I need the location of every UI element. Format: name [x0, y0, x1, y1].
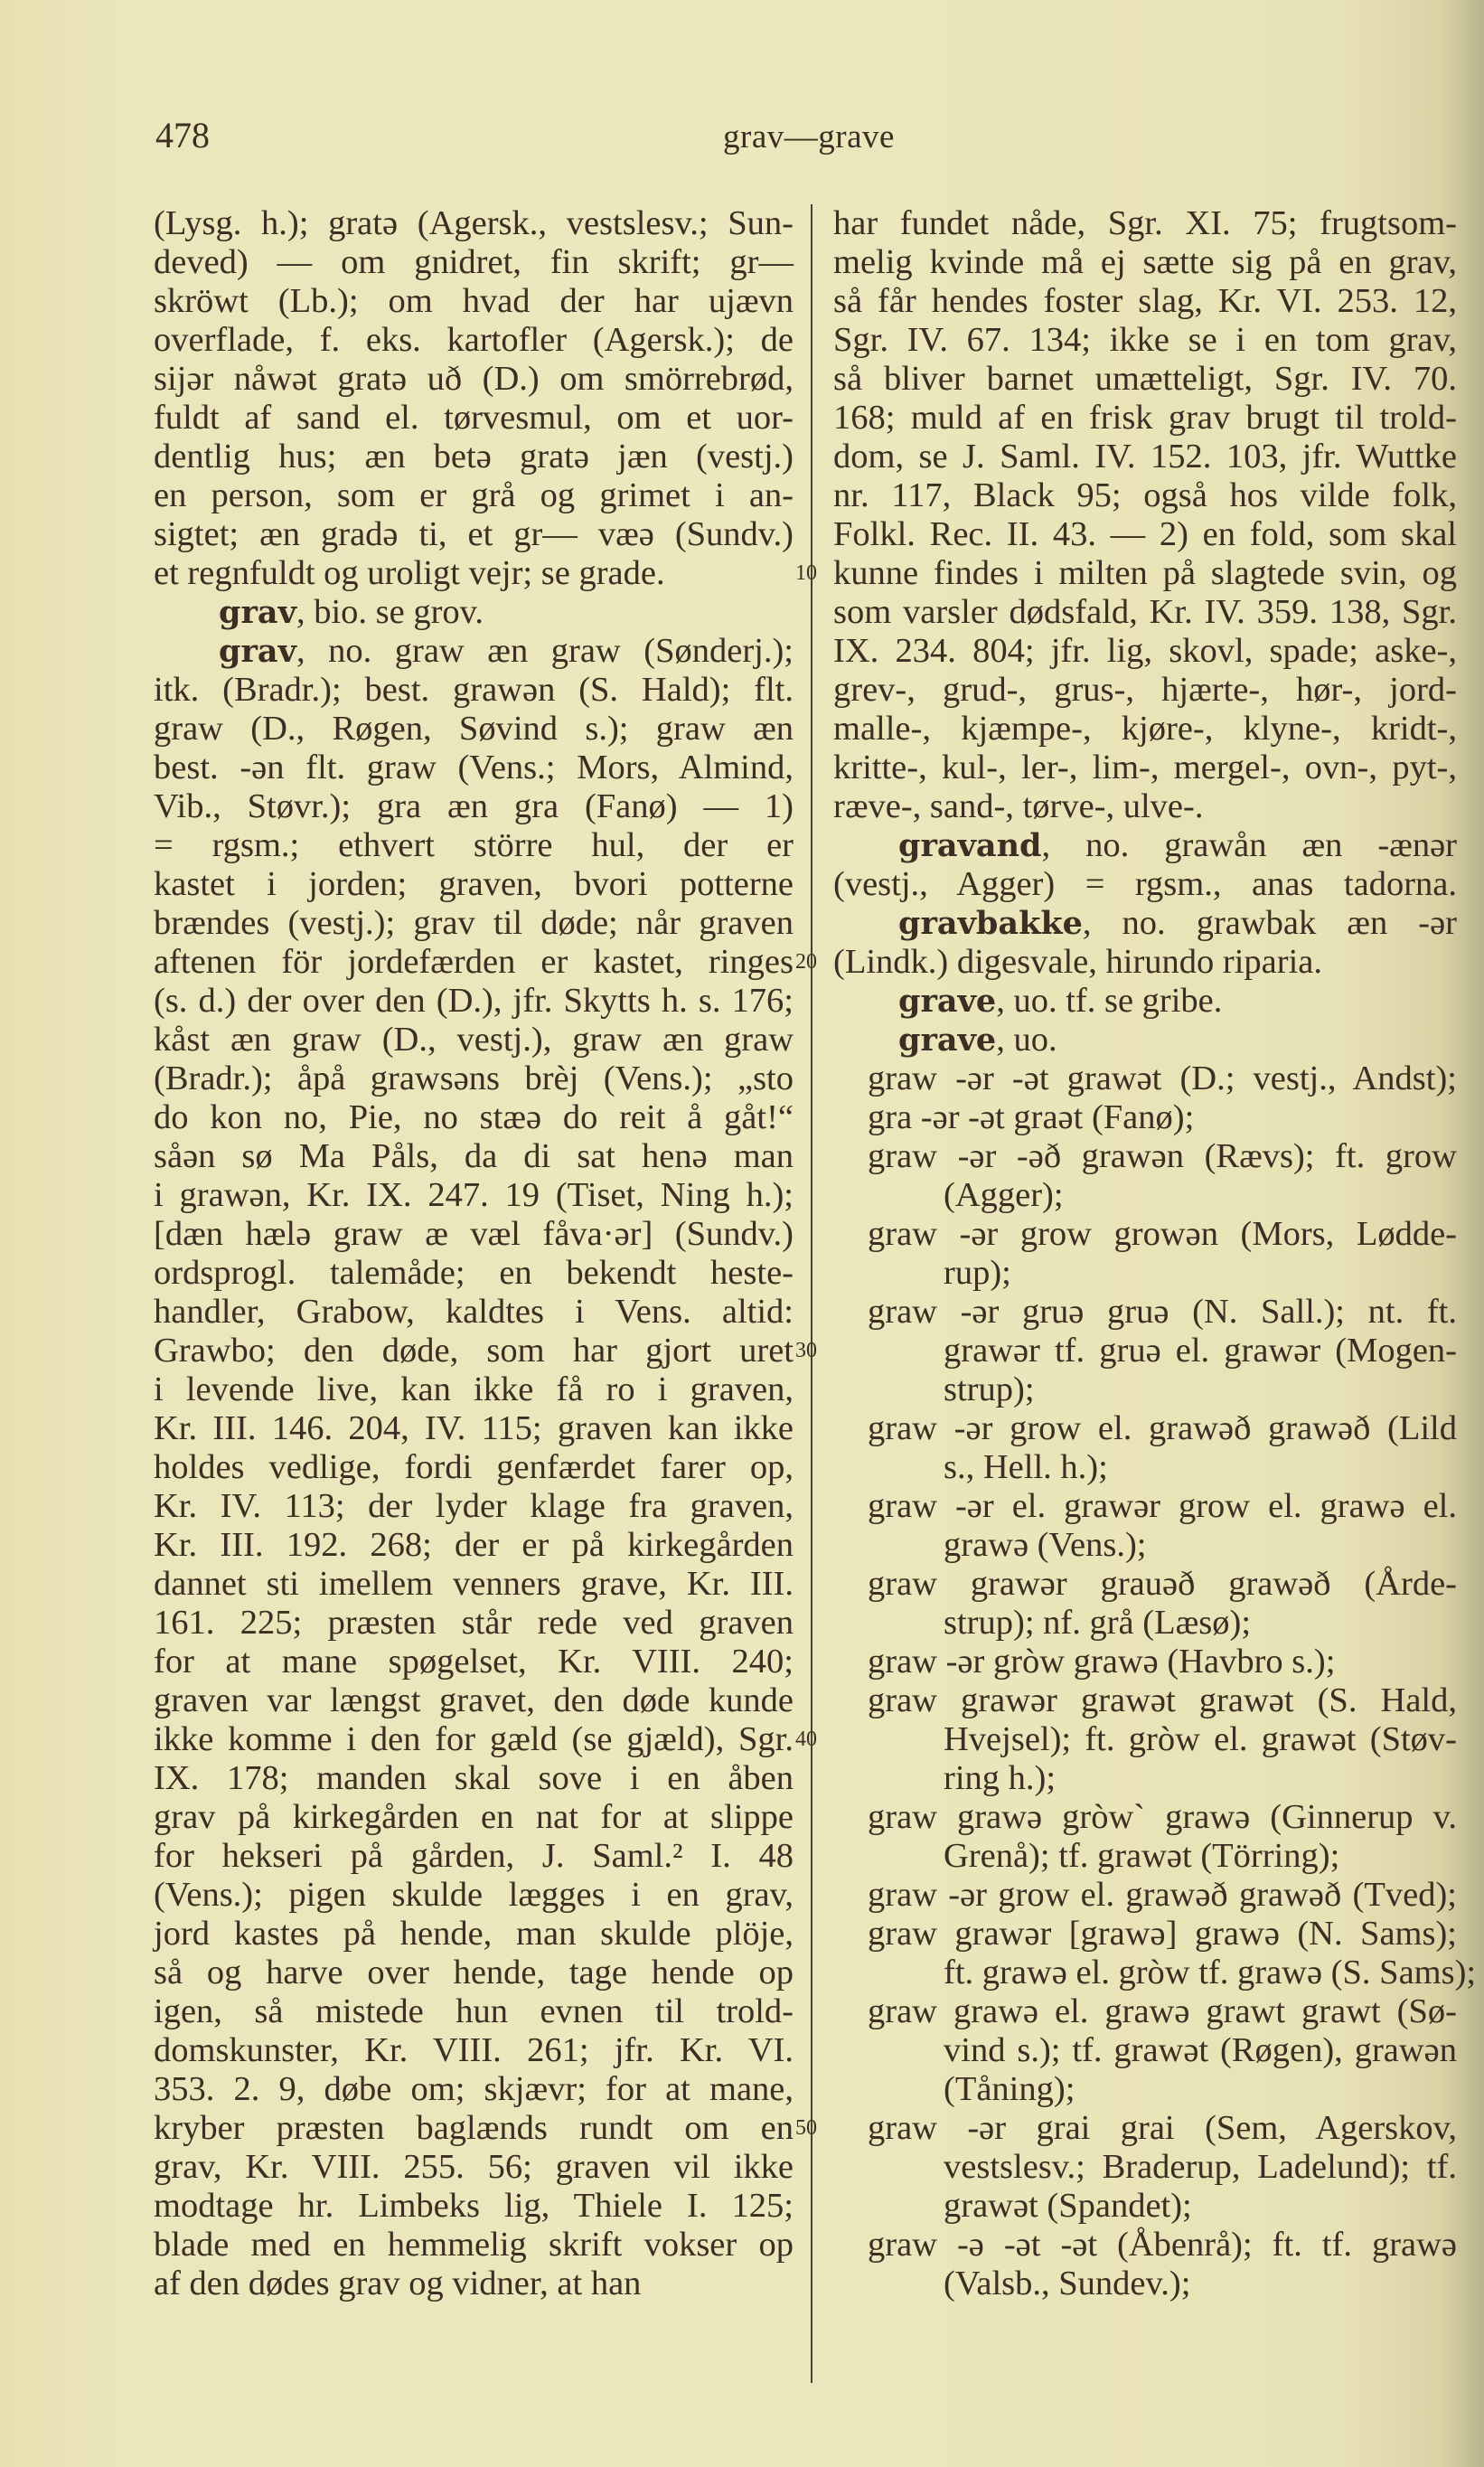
text-line: kunne findes i milten på slagtede svin, …: [833, 554, 1457, 593]
text-line: (Bradr.); åpå grawsəns brèj (Vens.); „st…: [154, 1059, 794, 1098]
line-number-20: 20: [795, 943, 828, 982]
text-line: grav på kirkegården en nat for at slippe: [154, 1798, 794, 1837]
text-line: grav, bio. se grov.: [154, 593, 794, 632]
text-line: 353. 2. 9, døbe om; skjævr; for at mane,: [154, 2070, 794, 2109]
text-line: har fundet nåde, Sgr. XI. 75; frugtsom-: [833, 204, 1457, 243]
text-line: graw -ər grow growən (Mors, Lødde-: [833, 1215, 1457, 1254]
text-line: en person, som er grå og grimet i an-: [154, 476, 794, 515]
text-line: blade med en hemmelig skrift vokser op: [154, 2226, 794, 2265]
line-number-40: 40: [795, 1720, 828, 1759]
headword: grave: [898, 1022, 996, 1059]
text-line: graw -ər grow el. grawəð grawəð (Lild: [833, 1409, 1457, 1448]
headword: grave: [898, 983, 996, 1020]
text-line: graw -ər -əð grawən (Rævs); ft. grow: [833, 1137, 1457, 1176]
text-line: itk. (Bradr.); best. grawən (S. Hald); f…: [154, 671, 794, 710]
text-line: graven var længst gravet, den døde kunde: [154, 1681, 794, 1720]
text-line: nr. 117, Black 95; også hos vilde folk,: [833, 476, 1457, 515]
text-line: melig kvinde må ej sætte sig på en grav,: [833, 243, 1457, 282]
text-line: vind s.); tf. grawət (Røgen), grawən: [833, 2031, 1457, 2070]
text-line: 161. 225; præsten står rede ved graven: [154, 1604, 794, 1643]
text-line: graw -ə -ət -ət (Åbenrå); ft. tf. grawə: [833, 2226, 1457, 2265]
text-line: graw grawər grawət grawət (S. Hald,: [833, 1681, 1457, 1720]
text-line: for at mane spøgelset, Kr. VIII. 240;: [154, 1643, 794, 1681]
text-line: brændes (vestj.); grav til døde; når gra…: [154, 904, 794, 943]
text-line: grev-, grud-, grus-, hjærte-, hør-, jord…: [833, 671, 1457, 710]
text-line: malle-, kjæmpe-, kjøre-, klyne-, kridt-,: [833, 710, 1457, 749]
text-line: grawə (Vens.);: [833, 1526, 1457, 1565]
text-line: for hekseri på gården, J. Saml.² I. 48: [154, 1837, 794, 1876]
text-line: graw -ər gruə gruə (N. Sall.); nt. ft.: [833, 1293, 1457, 1332]
text-line: graw grawər grauəð grawəð (Årde-: [833, 1565, 1457, 1604]
text-line: strup); nf. grå (Læsø);: [833, 1604, 1457, 1643]
text-line: (Vens.); pigen skulde lægges i en grav,: [154, 1876, 794, 1915]
text-line: overflade, f. eks. kartofler (Agersk.); …: [154, 321, 794, 360]
page-number: 478: [155, 116, 210, 155]
running-head: grav—grave: [723, 118, 895, 157]
text-line: IX. 178; manden skal sove i en åben: [154, 1759, 794, 1798]
text-line: rup);: [833, 1254, 1457, 1293]
text-line: graw grawə el. grawə grawt grawt (Sø-: [833, 1992, 1457, 2031]
text-line: (Valsb., Sundev.);: [833, 2265, 1457, 2303]
text-line: ordsprogl. talemåde; en bekendt heste-: [154, 1254, 794, 1293]
text-line: vestslesv.; Braderup, Ladelund); tf.: [833, 2148, 1457, 2187]
text-line: Grenå); tf. grawət (Törring);: [833, 1837, 1457, 1876]
line-number-50: 50: [795, 2109, 828, 2148]
text-line: = rgsm.; ethvert större hul, der er: [154, 826, 794, 865]
line-number-10: 10: [795, 554, 828, 593]
text-line: så og harve over hende, tage hende op: [154, 1954, 794, 1992]
text-line: best. -ən flt. graw (Vens.; Mors, Almind…: [154, 749, 794, 787]
text-line: ræve-, sand-, tørve-, ulve-.: [833, 787, 1457, 826]
text-line: graw grawə gròw` grawə (Ginnerup v.: [833, 1798, 1457, 1837]
text-line: jord kastes på hende, man skulde plöje,: [154, 1915, 794, 1954]
text-line: som varsler dødsfald, Kr. IV. 359. 138, …: [833, 593, 1457, 632]
text-line: Vib., Støvr.); gra æn gra (Fanø) — 1): [154, 787, 794, 826]
text-line: sigtet; æn gradə ti, et gr— væə (Sundv.): [154, 515, 794, 554]
text-line: (vestj., Agger) = rgsm., anas tadorna.: [833, 865, 1457, 904]
headword: gravbakke: [898, 905, 1083, 942]
text-line: (Tåning);: [833, 2070, 1457, 2109]
column-divider: [811, 204, 812, 2383]
text-line: IX. 234. 804; jfr. lig, skovl, spade; as…: [833, 632, 1457, 671]
headword: gravand: [898, 827, 1042, 864]
text-line: i levende live, kan ikke få ro i graven,: [154, 1370, 794, 1409]
text-line: graw -ər -ət grawət (D.; vestj., Andst);: [833, 1059, 1457, 1098]
text-line: dannet sti imellem venners grave, Kr. II…: [154, 1565, 794, 1604]
text-line: skröwt (Lb.); om hvad der har ujævn: [154, 282, 794, 321]
text-line: kritte-, kul-, ler-, lim-, mergel-, ovn-…: [833, 749, 1457, 787]
text-line: kåst æn graw (D., vestj.), graw æn graw: [154, 1021, 794, 1059]
text-line: Hvejsel); ft. gròw el. grawət (Støv-: [833, 1720, 1457, 1759]
text-line: Kr. III. 192. 268; der er på kirkegården: [154, 1526, 794, 1565]
text-line: deved) — om gnidret, fin skrift; gr—: [154, 243, 794, 282]
text-line: (Lysg. h.); gratə (Agersk., vestslesv.; …: [154, 204, 794, 243]
text-line: graw -ər gròw grawə (Havbro s.);: [833, 1643, 1457, 1681]
text-line: ring h.);: [833, 1759, 1457, 1798]
line-number-30: 30: [795, 1332, 828, 1370]
text-line: kastet i jorden; graven, bvori potterne: [154, 865, 794, 904]
text-line: (Agger);: [833, 1176, 1457, 1215]
text-line: [dæn hælə graw æ væl fåva·ər] (Sundv.): [154, 1215, 794, 1254]
text-line: (s. d.) der over den (D.), jfr. Skytts h…: [154, 982, 794, 1021]
text-line: aftenen för jordefærden er kastet, ringe…: [154, 943, 794, 982]
text-line: grave, uo. tf. se gribe.: [833, 982, 1457, 1021]
text-line: do kon no, Pie, no stæə do reit å gåt!“: [154, 1098, 794, 1137]
text-line: modtage hr. Limbeks lig, Thiele I. 125;: [154, 2187, 794, 2226]
text-line: graw -ər grai grai (Sem, Agerskov,: [833, 2109, 1457, 2148]
text-line: ft. grawə el. gròw tf. grawə (S. Sams);: [833, 1954, 1457, 1992]
text-line: et regnfuldt og uroligt vejr; se grade.: [154, 554, 794, 593]
headword: grav: [219, 633, 296, 670]
text-line: graw -ər grow el. grawəð grawəð (Tved);: [833, 1876, 1457, 1915]
text-line: dom, se J. Saml. IV. 152. 103, jfr. Wutt…: [833, 438, 1457, 476]
text-line: af den dødes grav og vidner, at han: [154, 2265, 794, 2303]
text-line: gra -ər -ət graət (Fanø);: [833, 1098, 1457, 1137]
text-line: ikke komme i den for gæld (se gjæld), Sg…: [154, 1720, 794, 1759]
text-line: strup);: [833, 1370, 1457, 1409]
right-column: har fundet nåde, Sgr. XI. 75; frugtsom-m…: [833, 204, 1457, 2303]
text-line: 168; muld af en frisk grav brugt til tro…: [833, 399, 1457, 438]
text-line: gravbakke, no. grawbak æn -ər: [833, 904, 1457, 943]
text-line: grawət (Spandet);: [833, 2187, 1457, 2226]
text-line: grawər tf. gruə el. grawər (Mogen-: [833, 1332, 1457, 1370]
text-line: holdes vedlige, fordi genfærdet farer op…: [154, 1448, 794, 1487]
text-line: Kr. IV. 113; der lyder klage fra graven,: [154, 1487, 794, 1526]
text-line: dentlig hus; æn betə gratə jæn (vestj.): [154, 438, 794, 476]
text-line: så bliver barnet umætteligt, Sgr. IV. 70…: [833, 360, 1457, 399]
text-line: grav, Kr. VIII. 255. 56; graven vil ikke: [154, 2148, 794, 2187]
text-line: handler, Grabow, kaldtes i Vens. altid:: [154, 1293, 794, 1332]
left-column: (Lysg. h.); gratə (Agersk., vestslesv.; …: [154, 204, 794, 2303]
text-line: sijər nåwət gratə uð (D.) om smörrebrød,: [154, 360, 794, 399]
text-line: (Lindk.) digesvale, hirundo riparia.: [833, 943, 1457, 982]
text-line: igen, så mistede hun evnen til trold-: [154, 1992, 794, 2031]
text-line: Grawbo; den døde, som har gjort uret: [154, 1332, 794, 1370]
text-line: i grawən, Kr. IX. 247. 19 (Tiset, Ning h…: [154, 1176, 794, 1215]
text-line: gravand, no. grawån æn -ænər: [833, 826, 1457, 865]
text-line: grav, no. graw æn graw (Sønderj.);: [154, 632, 794, 671]
text-line: såən sø Ma Påls, da di sat henə man: [154, 1137, 794, 1176]
text-line: graw grawər [grawə] grawə (N. Sams);: [833, 1915, 1457, 1954]
headword: grav: [219, 594, 296, 631]
text-line: domskunster, Kr. VIII. 261; jfr. Kr. VI.: [154, 2031, 794, 2070]
text-line: s., Hell. h.);: [833, 1448, 1457, 1487]
text-line: så får hendes foster slag, Kr. VI. 253. …: [833, 282, 1457, 321]
text-line: graw -ər el. grawər grow el. grawə el.: [833, 1487, 1457, 1526]
text-line: kryber præsten baglænds rundt om en: [154, 2109, 794, 2148]
text-line: fuldt af sand el. tørvesmul, om et uor-: [154, 399, 794, 438]
text-line: Sgr. IV. 67. 134; ikke se i en tom grav,: [833, 321, 1457, 360]
text-line: Folkl. Rec. II. 43. — 2) en fold, som sk…: [833, 515, 1457, 554]
text-line: graw (D., Røgen, Søvind s.); graw æn: [154, 710, 794, 749]
text-line: Kr. III. 146. 204, IV. 115; graven kan i…: [154, 1409, 794, 1448]
text-line: grave, uo.: [833, 1021, 1457, 1059]
